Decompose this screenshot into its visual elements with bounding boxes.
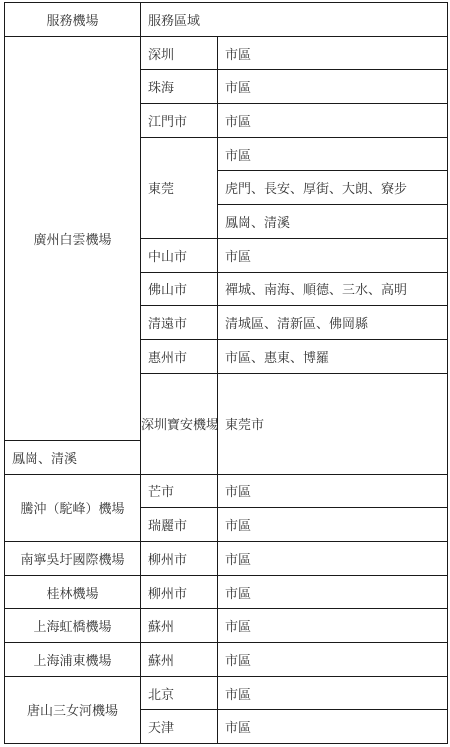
city-cell: 瑞麗市 bbox=[141, 508, 218, 542]
city-cell: 蘇州 bbox=[141, 643, 218, 677]
area-cell: 市區 bbox=[218, 104, 448, 138]
table-row: 唐山三女河機場 北京 市區 bbox=[5, 676, 448, 710]
city-cell: 佛山市 bbox=[141, 272, 218, 306]
area-cell: 鳳崗、清溪 bbox=[5, 440, 141, 474]
city-cell: 東莞市 bbox=[218, 373, 448, 474]
header-area: 服務區域 bbox=[141, 3, 448, 37]
table-row: 上海虹橋機場 蘇州 市區 bbox=[5, 609, 448, 643]
area-cell: 市區 bbox=[218, 676, 448, 710]
area-cell: 市區 bbox=[218, 474, 448, 508]
airport-service-area-table: 服務機場 服務區域 廣州白雲機場 深圳 市區 珠海 市區 江門市 市區 東莞 市… bbox=[4, 2, 448, 744]
city-cell: 東莞 bbox=[141, 137, 218, 238]
city-cell: 蘇州 bbox=[141, 609, 218, 643]
area-cell: 鳳崗、清溪 bbox=[218, 205, 448, 239]
area-cell: 市區 bbox=[218, 643, 448, 677]
city-cell: 芒市 bbox=[141, 474, 218, 508]
city-cell: 惠州市 bbox=[141, 339, 218, 373]
table-row: 騰沖（駝峰）機場 芒市 市區 bbox=[5, 474, 448, 508]
city-cell: 柳州市 bbox=[141, 575, 218, 609]
header-row: 服務機場 服務區域 bbox=[5, 3, 448, 37]
airport-cell: 深圳寶安機場 bbox=[141, 373, 218, 474]
city-cell: 天津 bbox=[141, 710, 218, 744]
table-row: 廣州白雲機場 深圳 市區 bbox=[5, 36, 448, 70]
table-row: 桂林機場 柳州市 市區 bbox=[5, 575, 448, 609]
city-cell: 北京 bbox=[141, 676, 218, 710]
city-cell: 清遠市 bbox=[141, 306, 218, 340]
airport-cell: 上海虹橋機場 bbox=[5, 609, 141, 643]
area-cell: 虎門、長安、厚街、大朗、寮步 bbox=[218, 171, 448, 205]
city-cell: 江門市 bbox=[141, 104, 218, 138]
city-cell: 柳州市 bbox=[141, 542, 218, 576]
area-cell: 市區、惠東、博羅 bbox=[218, 339, 448, 373]
airport-cell: 唐山三女河機場 bbox=[5, 676, 141, 743]
area-cell: 市區 bbox=[218, 508, 448, 542]
airport-cell: 騰沖（駝峰）機場 bbox=[5, 474, 141, 541]
area-cell: 市區 bbox=[218, 542, 448, 576]
airport-cell: 南寧吳圩國際機場 bbox=[5, 542, 141, 576]
area-cell: 市區 bbox=[218, 710, 448, 744]
airport-cell: 上海浦東機場 bbox=[5, 643, 141, 677]
area-cell: 市區 bbox=[218, 70, 448, 104]
area-cell: 禪城、南海、順德、三水、高明 bbox=[218, 272, 448, 306]
header-airport: 服務機場 bbox=[5, 3, 141, 37]
area-cell: 市區 bbox=[218, 137, 448, 171]
airport-cell: 桂林機場 bbox=[5, 575, 141, 609]
airport-cell: 廣州白雲機場 bbox=[5, 36, 141, 440]
city-cell: 珠海 bbox=[141, 70, 218, 104]
city-cell: 深圳 bbox=[141, 36, 218, 70]
city-cell: 中山市 bbox=[141, 238, 218, 272]
area-cell: 清城區、清新區、佛岡縣 bbox=[218, 306, 448, 340]
area-cell: 市區 bbox=[218, 609, 448, 643]
table-row: 上海浦東機場 蘇州 市區 bbox=[5, 643, 448, 677]
area-cell: 市區 bbox=[218, 575, 448, 609]
table-row: 南寧吳圩國際機場 柳州市 市區 bbox=[5, 542, 448, 576]
area-cell: 市區 bbox=[218, 238, 448, 272]
area-cell: 市區 bbox=[218, 36, 448, 70]
